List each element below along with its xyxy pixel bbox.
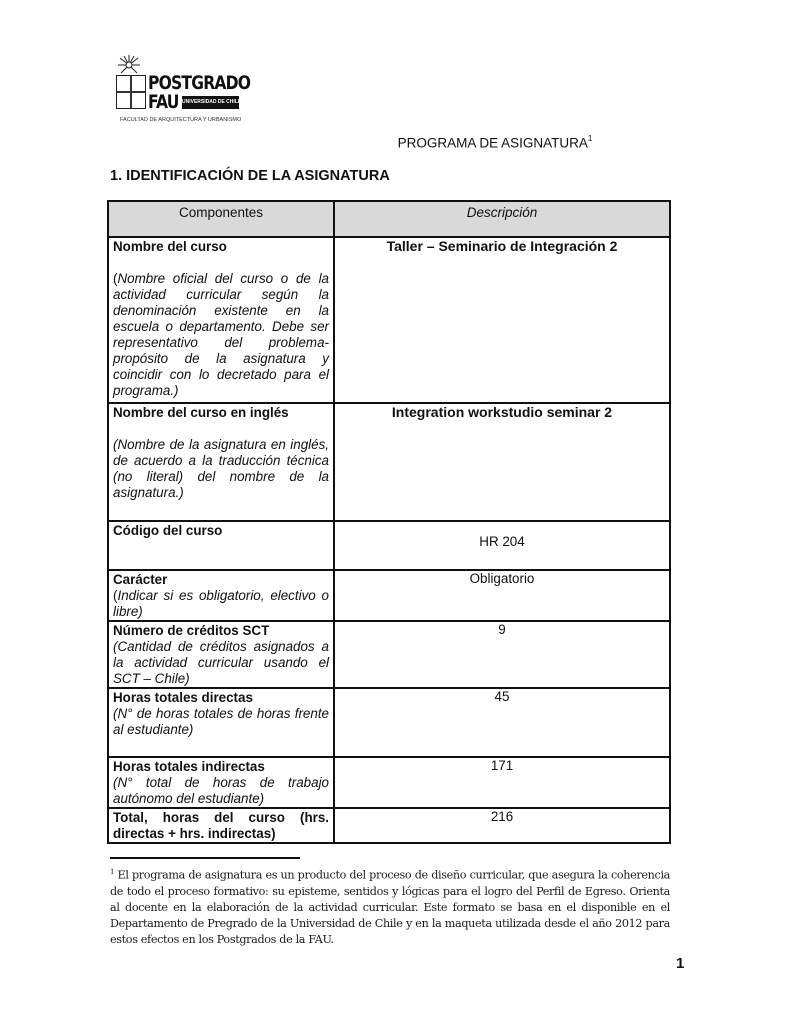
component-label: Código del curso (113, 523, 329, 539)
component-cell: Código del curso (108, 521, 334, 570)
logo-fau-text: FAU (148, 92, 179, 112)
component-label: Horas totales directas (113, 690, 329, 706)
logo-faculty-text: FACULTAD DE ARQUITECTURA Y URBANISMO (120, 117, 241, 123)
course-name-value: Taller – Seminario de Integración 2 (334, 237, 670, 403)
component-label: Carácter (113, 572, 329, 588)
component-cell: Horas totales indirectas (N° total de ho… (108, 757, 334, 808)
component-cell: Número de créditos SCT (Cantidad de créd… (108, 621, 334, 688)
course-code-value: HR 204 (334, 521, 670, 570)
document-title: PROGRAMA DE ASIGNATURA1 (0, 135, 800, 151)
page-number: 1 (676, 955, 684, 972)
component-cell: Nombre del curso en inglés (Nombre de la… (108, 403, 334, 521)
header-components: Componentes (108, 201, 334, 237)
table-row: Total, horas del curso (hrs. directas + … (108, 808, 670, 843)
table-row: Horas totales directas (N° de horas tota… (108, 688, 670, 757)
component-label: Número de créditos SCT (113, 623, 329, 639)
indirect-hours-value: 171 (334, 757, 670, 808)
component-help: (N° total de horas de trabajo autónomo d… (113, 775, 329, 807)
direct-hours-value: 45 (334, 688, 670, 757)
component-cell: Horas totales directas (N° de horas tota… (108, 688, 334, 757)
header-description: Descripción (334, 201, 670, 237)
character-value: Obligatorio (334, 570, 670, 621)
table-row: Carácter (Indicar si es obligatorio, ele… (108, 570, 670, 621)
university-crest-icon (116, 75, 146, 109)
table-header-row: Componentes Descripción (108, 201, 670, 237)
footnote-number: 1 (110, 868, 114, 876)
component-help: (Nombre oficial del curso o de la activi… (113, 271, 329, 399)
logo-postgrado-text: POSTGRADO (148, 73, 250, 93)
component-cell: Total, horas del curso (hrs. directas + … (108, 808, 334, 843)
sun-emblem-icon (118, 55, 140, 75)
footnote-ref: 1 (588, 134, 592, 143)
component-label: Horas totales indirectas (113, 759, 329, 775)
component-help: (Nombre de la asignatura en inglés, de a… (113, 437, 329, 501)
component-cell: Nombre del curso (Nombre oficial del cur… (108, 237, 334, 403)
component-cell: Carácter (Indicar si es obligatorio, ele… (108, 570, 334, 621)
component-help: (Indicar si es obligatorio, electivo o l… (113, 588, 329, 620)
section-title: 1. IDENTIFICACIÓN DE LA ASIGNATURA (110, 168, 390, 184)
footnote-separator (110, 857, 300, 859)
course-name-english-value: Integration workstudio seminar 2 (334, 403, 670, 521)
component-label: Total, horas del curso (hrs. directas + … (113, 810, 329, 842)
logo-university-badge: UNIVERSIDAD DE CHILE (182, 96, 239, 109)
table-row: Nombre del curso (Nombre oficial del cur… (108, 237, 670, 403)
component-help: (N° de horas totales de horas frente al … (113, 706, 329, 738)
component-label: Nombre del curso (113, 239, 329, 255)
identification-table: Componentes Descripción Nombre del curso… (107, 200, 671, 844)
component-label: Nombre del curso en inglés (113, 405, 329, 421)
table-row: Horas totales indirectas (N° total de ho… (108, 757, 670, 808)
sct-credits-value: 9 (334, 621, 670, 688)
total-hours-value: 216 (334, 808, 670, 843)
footnote-text: El programa de asignatura es un producto… (110, 869, 670, 946)
document-title-text: PROGRAMA DE ASIGNATURA (398, 136, 588, 151)
footnote: 1 El programa de asignatura es un produc… (110, 864, 670, 948)
component-help: (Cantidad de créditos asignados a la act… (113, 639, 329, 687)
table-row: Nombre del curso en inglés (Nombre de la… (108, 403, 670, 521)
table-row: Código del curso HR 204 (108, 521, 670, 570)
table-row: Número de créditos SCT (Cantidad de créd… (108, 621, 670, 688)
postgrado-fau-logo: POSTGRADO FAU UNIVERSIDAD DE CHILE FACUL… (112, 55, 262, 130)
